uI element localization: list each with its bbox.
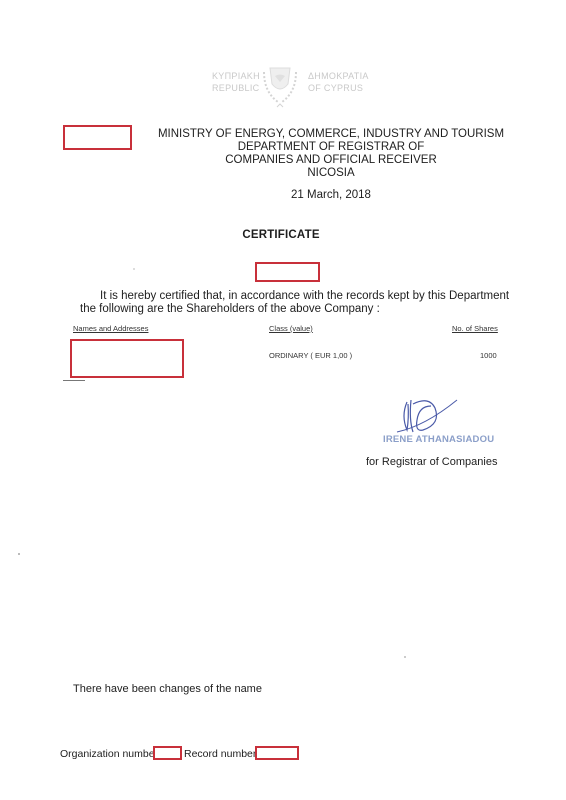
organization-number-label: Organization number:: [60, 748, 161, 760]
redaction-box-company-id: [255, 262, 320, 282]
crest-right-greek: ΔΗΜΟΚΡΑΤΙΑ: [308, 70, 369, 82]
column-header-shares: No. of Shares: [452, 324, 498, 333]
signatory-role: for Registrar of Companies: [366, 456, 497, 468]
identifier-line: Organization number:: [60, 748, 161, 760]
redaction-box-company-name: [63, 125, 132, 150]
redaction-box-record-number: [255, 746, 299, 760]
certificate-body: It is hereby certified that, in accordan…: [80, 290, 520, 316]
name-changes-note: There have been changes of the name: [73, 683, 262, 695]
signature-icon: [395, 392, 465, 440]
crest-text-left: ΚΥΠΡΙΑΚΗ REPUBLIC: [212, 70, 260, 94]
body-line-1: It is hereby certified that, in accordan…: [80, 290, 520, 303]
column-header-class: Class (value): [269, 324, 313, 333]
header-department: DEPARTMENT OF REGISTRAR OF: [150, 141, 512, 154]
document-title: CERTIFICATE: [150, 229, 412, 241]
cell-share-count: 1000: [480, 351, 497, 360]
underline-mark: [63, 380, 85, 381]
cyprus-coat-of-arms-icon: [258, 64, 302, 110]
scan-speck: [133, 268, 135, 270]
redaction-box-organization-number: [153, 746, 182, 760]
crest-left-english: REPUBLIC: [212, 82, 260, 94]
document-date: 21 March, 2018: [150, 189, 512, 201]
crest-left-greek: ΚΥΠΡΙΑΚΗ: [212, 70, 260, 82]
crest-right-english: OF CYPRUS: [308, 82, 369, 94]
scan-speck: [404, 656, 406, 658]
header-companies: COMPANIES AND OFFICIAL RECEIVER: [150, 154, 512, 167]
scan-speck: [18, 553, 20, 555]
redaction-box-shareholder: [70, 339, 184, 378]
column-header-names: Names and Addresses: [73, 324, 148, 333]
record-number-label: Record number:: [184, 748, 259, 760]
record-number-wrapper: Record number:: [184, 748, 259, 760]
header-ministry: MINISTRY OF ENERGY, COMMERCE, INDUSTRY A…: [150, 128, 512, 141]
signatory-name: IRENE ATHANASIADOU: [383, 434, 494, 445]
body-line-2: the following are the Shareholders of th…: [80, 303, 520, 316]
header-city: NICOSIA: [150, 167, 512, 180]
crest-text-right: ΔΗΜΟΚΡΑΤΙΑ OF CYPRUS: [308, 70, 369, 94]
cell-class-value: ORDINARY ( EUR 1,00 ): [269, 351, 352, 360]
ministry-header: MINISTRY OF ENERGY, COMMERCE, INDUSTRY A…: [150, 128, 512, 180]
